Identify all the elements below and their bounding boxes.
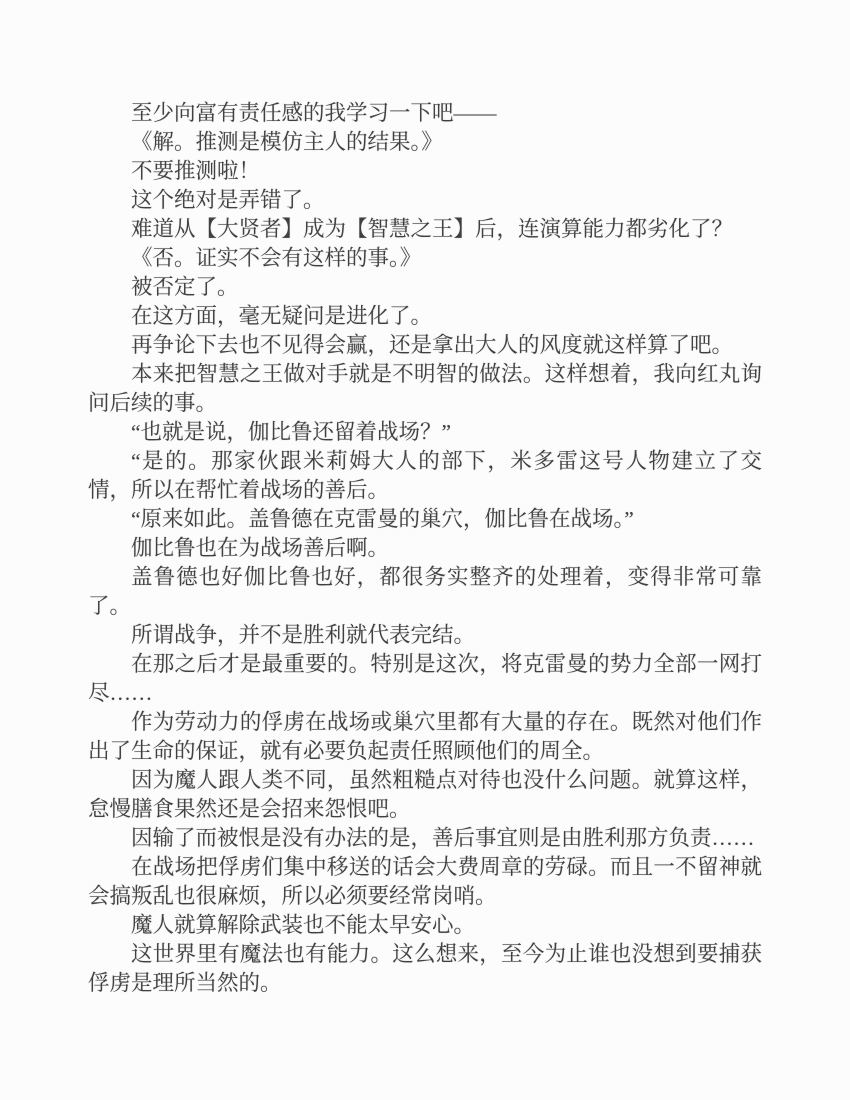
paragraph: 至少向富有责任感的我学习一下吧—— [88, 99, 762, 128]
paragraph: 被否定了。 [88, 273, 762, 302]
paragraph: 魔人就算解除武装也不能太早安心。 [88, 911, 762, 940]
paragraph: 再争论下去也不见得会赢，还是拿出大人的风度就这样算了吧。 [88, 331, 762, 360]
novel-text-block: 至少向富有责任感的我学习一下吧——《解。推测是模仿主人的结果。》不要推测啦！这个… [88, 99, 762, 998]
paragraph: 《否。证实不会有这样的事。》 [88, 244, 762, 273]
paragraph: 这世界里有魔法也有能力。这么想来，至今为止谁也没想到要捕获俘虏是理所当然的。 [88, 940, 762, 998]
paragraph: 本来把智慧之王做对手就是不明智的做法。这样想着，我向红丸询问后续的事。 [88, 360, 762, 418]
paragraph: 《解。推测是模仿主人的结果。》 [88, 128, 762, 157]
paragraph: “也就是说，伽比鲁还留着战场？” [88, 418, 762, 447]
paragraph: 作为劳动力的俘虏在战场或巢穴里都有大量的存在。既然对他们作出了生命的保证，就有必… [88, 708, 762, 766]
paragraph: “是的。那家伙跟米莉姆大人的部下，米多雷这号人物建立了交情，所以在帮忙着战场的善… [88, 447, 762, 505]
paragraph: 在这方面，毫无疑问是进化了。 [88, 302, 762, 331]
paragraph: 因输了而被恨是没有办法的是，善后事宜则是由胜利那方负责…… [88, 824, 762, 853]
ebook-page: 至少向富有责任感的我学习一下吧——《解。推测是模仿主人的结果。》不要推测啦！这个… [0, 0, 850, 1100]
paragraph: 在那之后才是最重要的。特别是这次，将克雷曼的势力全部一网打尽…… [88, 650, 762, 708]
paragraph: 难道从【大贤者】成为【智慧之王】后，连演算能力都劣化了？ [88, 215, 762, 244]
paragraph: 在战场把俘虏们集中移送的话会大费周章的劳碌。而且一不留神就会搞叛乱也很麻烦，所以… [88, 853, 762, 911]
paragraph: 不要推测啦！ [88, 157, 762, 186]
paragraph: 盖鲁德也好伽比鲁也好，都很务实整齐的处理着，变得非常可靠了。 [88, 563, 762, 621]
paragraph: 因为魔人跟人类不同，虽然粗糙点对待也没什么问题。就算这样，怠慢膳食果然还是会招来… [88, 766, 762, 824]
paragraph: “原来如此。盖鲁德在克雷曼的巢穴，伽比鲁在战场。” [88, 505, 762, 534]
paragraph: 这个绝对是弄错了。 [88, 186, 762, 215]
paragraph: 所谓战争，并不是胜利就代表完结。 [88, 621, 762, 650]
paragraph: 伽比鲁也在为战场善后啊。 [88, 534, 762, 563]
